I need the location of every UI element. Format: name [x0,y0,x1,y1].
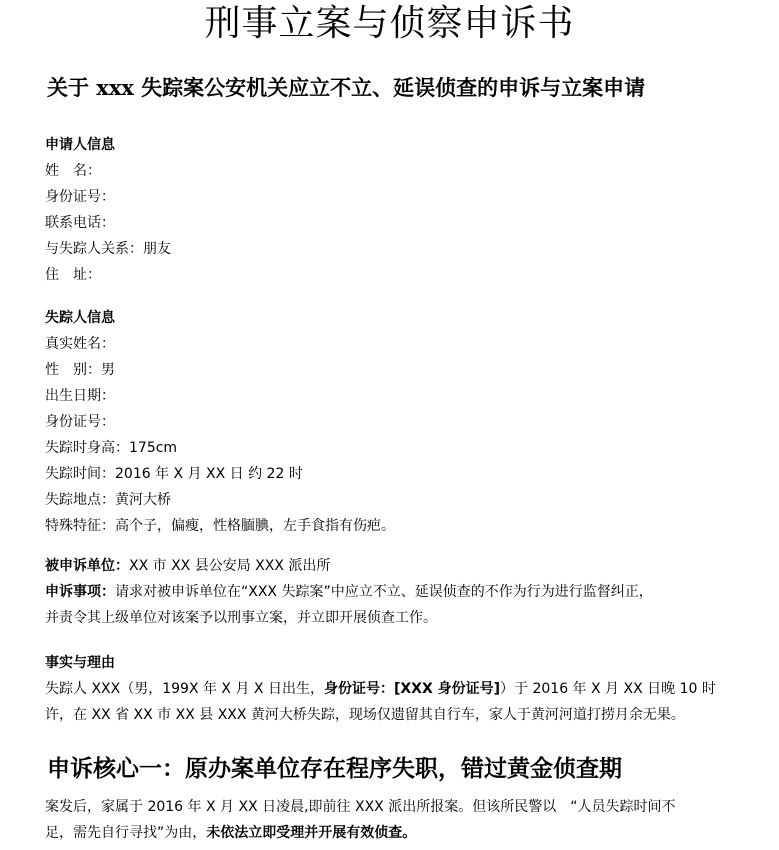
core-one-heading: 申诉核心一：原办案单位存在程序失职，错过黄金侦查期 [47,752,622,786]
matter-line-2: 并责令其上级单位对该案予以刑事立案，并立即开展侦查工作。 [45,605,745,631]
respondent-value: XX 市 XX 县公安局 XXX 派出所 [129,558,330,574]
applicant-info-heading: 申请人信息 [45,132,745,158]
applicant-id-line: 身份证号： [45,184,745,210]
field-value: 男 [101,362,115,378]
facts-text-1b: ）于 2016 年 X 月 XX 日晚 10 时 [500,681,716,697]
field-value: 2016 年 X 月 XX 日 约 22 时 [115,466,303,482]
core-one-line-2: 足，需先自行寻找”为由，未依法立即受理并开展有效侦查。 [45,820,745,846]
field-label: 身份证号： [45,414,115,430]
missing-birthdate-line: 出生日期： [45,383,745,409]
facts-text-2: 许，在 XX 省 XX 市 XX 县 XXX 黄河大桥失踪，现场仅遗留其自行车，… [45,707,685,723]
field-label: 与失踪人关系： [45,241,143,257]
applicant-relation-line: 与失踪人关系：朋友 [45,236,745,262]
matter-text-1: 请求对被申诉单位在“XXX 失踪案”中应立不立、延误侦查的不作为行为进行监督纠正… [115,584,653,600]
core-one-text-1: 案发后，家属于 2016 年 X 月 XX 日凌晨,即前往 XXX 派出所报案。… [45,799,675,815]
field-label: 姓 名： [45,163,101,179]
field-value: 黄河大桥 [115,492,171,508]
field-label: 性 别： [45,362,101,378]
field-value: 175cm [129,440,177,456]
missing-id-line: 身份证号： [45,409,745,435]
field-label: 住 址： [45,267,101,283]
missing-time-line: 失踪时间：2016 年 X 月 XX 日 约 22 时 [45,461,745,487]
missing-gender-line: 性 别：男 [45,357,745,383]
applicant-name-line: 姓 名： [45,158,745,184]
core-one-text-2: 足，需先自行寻找”为由， [45,825,206,841]
core-one-text-bold: 未依法立即受理并开展有效侦查。 [206,825,416,841]
missing-name-line: 真实姓名： [45,331,745,357]
applicant-info-section: 申请人信息 姓 名： 身份证号： 联系电话： 与失踪人关系：朋友 住 址： [45,132,745,288]
facts-line-2: 许，在 XX 省 XX 市 XX 县 XXX 黄河大桥失踪，现场仅遗留其自行车，… [45,702,745,728]
document-title: 刑事立案与侦察申诉书 [0,2,779,46]
matter-label: 申诉事项： [45,584,115,600]
field-label: 真实姓名： [45,336,115,352]
field-value: 高个子，偏瘦，性格腼腆，左手食指有伤疤。 [115,518,395,534]
facts-id-bold: 身份证号：[XXX 身份证号] [324,681,500,697]
facts-heading: 事实与理由 [45,650,745,676]
missing-person-heading: 失踪人信息 [45,305,745,331]
field-label: 身份证号： [45,189,115,205]
core-one-line-1: 案发后，家属于 2016 年 X 月 XX 日凌晨,即前往 XXX 派出所报案。… [45,794,745,820]
applicant-phone-line: 联系电话： [45,210,745,236]
matter-text-2: 并责令其上级单位对该案予以刑事立案，并立即开展侦查工作。 [45,610,437,626]
field-label: 失踪时身高： [45,440,129,456]
applicant-address-line: 住 址： [45,262,745,288]
missing-person-section: 失踪人信息 真实姓名： 性 别：男 出生日期： 身份证号： 失踪时身高：175c… [45,305,745,539]
field-label: 失踪地点： [45,492,115,508]
matter-line-1: 申诉事项：请求对被申诉单位在“XXX 失踪案”中应立不立、延误侦查的不作为行为进… [45,579,745,605]
field-value: 朋友 [143,241,171,257]
document-page: 刑事立案与侦察申诉书 关于 xxx 失踪案公安机关应立不立、延误侦查的申诉与立案… [0,0,779,850]
complaint-section: 被申诉单位：XX 市 XX 县公安局 XXX 派出所 申诉事项：请求对被申诉单位… [45,553,745,631]
respondent-label: 被申诉单位： [45,558,129,574]
field-label: 失踪时间： [45,466,115,482]
missing-height-line: 失踪时身高：175cm [45,435,745,461]
respondent-line: 被申诉单位：XX 市 XX 县公安局 XXX 派出所 [45,553,745,579]
document-subtitle: 关于 xxx 失踪案公安机关应立不立、延误侦查的申诉与立案申请 [47,73,645,103]
facts-line-1: 失踪人 XXX（男，199X 年 X 月 X 日出生，身份证号：[XXX 身份证… [45,676,745,702]
field-label: 联系电话： [45,215,115,231]
facts-text-1a: 失踪人 XXX（男，199X 年 X 月 X 日出生， [45,681,324,697]
missing-location-line: 失踪地点：黄河大桥 [45,487,745,513]
field-label: 特殊特征： [45,518,115,534]
facts-section: 事实与理由 失踪人 XXX（男，199X 年 X 月 X 日出生，身份证号：[X… [45,650,745,728]
field-label: 出生日期： [45,388,115,404]
missing-features-line: 特殊特征：高个子，偏瘦，性格腼腆，左手食指有伤疤。 [45,513,745,539]
core-one-paragraph: 案发后，家属于 2016 年 X 月 XX 日凌晨,即前往 XXX 派出所报案。… [45,794,745,846]
